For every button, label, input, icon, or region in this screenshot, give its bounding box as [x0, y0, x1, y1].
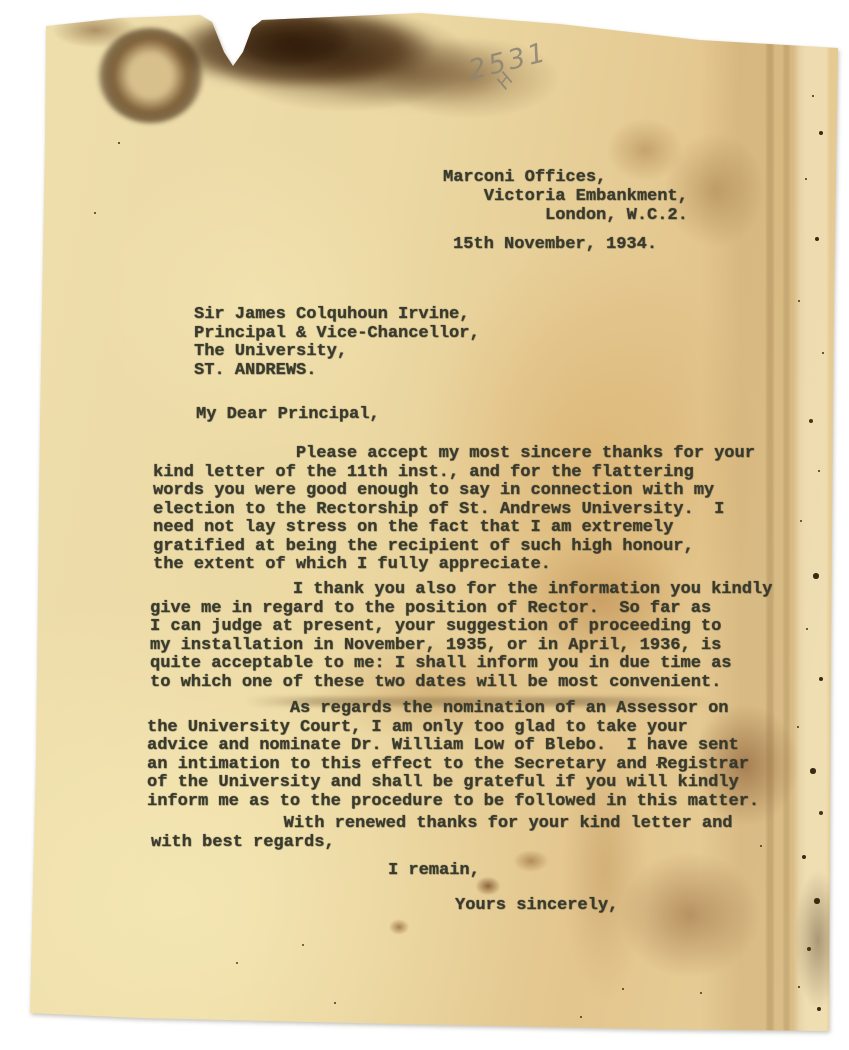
ink-speckles: [0, 0, 2, 2]
date-line: 15th November, 1934.: [453, 236, 657, 255]
recipient-address-block: Sir James Colquhoun Irvine, Principal & …: [194, 306, 480, 380]
body-paragraph-1: Please accept my most sincere thanks for…: [153, 445, 755, 575]
scanned-letter-page: 2531 H Marconi Offices, Victoria Embankm…: [0, 0, 849, 1050]
closing-signoff: Yours sincerely,: [455, 897, 618, 916]
body-paragraph-3: As regards the nomination of an Assessor…: [147, 700, 759, 811]
burn-stain-ring: [98, 28, 203, 123]
salutation: My Dear Principal,: [196, 406, 380, 425]
paper-shadow: 2531 H Marconi Offices, Victoria Embankm…: [0, 0, 849, 1050]
closing-i-remain: I remain,: [388, 862, 480, 881]
letterhead-address: Marconi Offices, Victoria Embankment, Lo…: [443, 168, 688, 225]
closing-paragraph: With renewed thanks for your kind letter…: [151, 815, 733, 852]
letter-paper: 2531 H Marconi Offices, Victoria Embankm…: [0, 0, 849, 1050]
body-paragraph-2: I thank you also for the information you…: [150, 581, 772, 692]
